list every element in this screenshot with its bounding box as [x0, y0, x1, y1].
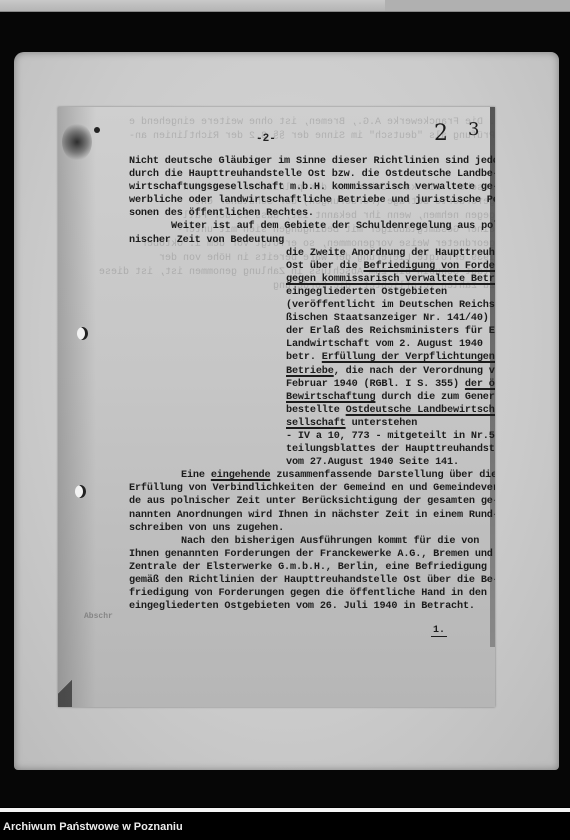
text-run: bestellte — [286, 405, 346, 416]
bleedthrough-line: Prüfung als "deutsch" im Sinne der §§ 3,… — [58, 131, 495, 142]
text-run: durch die zum Generalverwalter — [375, 392, 495, 403]
archive-footer: Archiwum Państwowe w Poznaniu — [0, 812, 570, 840]
text-run: zusammenfassende Darstellung über die — [270, 470, 495, 481]
text-line: nannten Anordnungen wird Ihnen in nächst… — [129, 509, 495, 522]
text-line: teilungsblattes der Haupttreuhandstelle … — [129, 443, 495, 456]
text-line: gegen kommissarisch verwaltete Betriebe … — [129, 273, 495, 286]
text-line: Zentrale der Elsterwerke G.m.b.H., Berli… — [129, 561, 495, 574]
text-line: de aus polnischer Zeit unter Berücksicht… — [129, 495, 495, 508]
text-line: Bewirtschaftung durch die zum Generalver… — [129, 391, 495, 404]
text-line: Eine eingehende zusammenfassende Darstel… — [129, 469, 495, 482]
text-line: vom 27.August 1940 Seite 141. — [129, 456, 495, 469]
text-line: bestellte Ostdeutsche Landbewirtschaftun… — [129, 404, 495, 417]
text-line: werbliche oder landwirtschaftliche Betri… — [129, 194, 495, 207]
folded-corner — [58, 667, 72, 707]
archive-name: Archiwum Państwowe w Poznaniu — [3, 821, 183, 833]
text-line: sonen des öffentlichen Rechtes. — [129, 207, 495, 220]
text-line: betr. Erfüllung der Verpflichtungen derj… — [129, 351, 495, 364]
text-line: Nach den bisherigen Ausführungen kommt f… — [129, 535, 495, 548]
punch-hole — [77, 327, 88, 340]
underlined-text: eingehende — [211, 470, 271, 481]
document-body: Nicht deutsche Gläubiger im Sinne dieser… — [129, 155, 495, 613]
text-run: Ost über die — [286, 261, 364, 272]
text-line: Ihnen genannten Forderungen der Franckew… — [129, 548, 495, 561]
document-page: . Die Franckewerke A.G., Bremen, ist ohn… — [58, 107, 495, 707]
punch-hole — [75, 485, 86, 498]
underlined-text: Ostdeutsche Landbewirtschaftungs ge- — [346, 405, 495, 416]
text-line: Landwirtschaft vom 2. August 1940 — [129, 338, 495, 351]
text-run: Februar 1940 (RGBl. I S. 355) — [286, 379, 465, 390]
underlined-text: Befriedigung von Forderungen — [364, 261, 495, 272]
text-line: nischer Zeit von Bedeutung — [129, 234, 495, 247]
text-line: Erfüllung von Verbindlichkeiten der Geme… — [129, 482, 495, 495]
text-line: (veröffentlicht im Deutschen Reichs- und… — [129, 299, 495, 312]
text-line: wirtschaftungsgesellschaft m.b.H. kommis… — [129, 181, 495, 194]
text-line: durch die Haupttreuhandstelle Ost bzw. d… — [129, 168, 495, 181]
text-line: gemäß den Richtlinien der Haupttreuhands… — [129, 574, 495, 587]
bleedthrough-line: . Die Franckewerke A.G., Bremen, ist ohn… — [58, 117, 495, 128]
text-line: eingegliederten Ostgebieten — [129, 286, 495, 299]
viewer-toolbar — [0, 0, 570, 12]
text-run: betr. — [286, 352, 322, 363]
handwritten-folio-alt: 3 — [468, 119, 479, 140]
text-line: friedigung von Forderungen gegen die öff… — [129, 587, 495, 600]
underlined-text: Betriebe — [286, 366, 334, 377]
text-line: die Zweite Anordnung der Haupttreuhandst… — [129, 247, 495, 260]
text-run: unterstehen — [346, 418, 418, 429]
text-line: Weiter ist auf dem Gebiete der Schuldenr… — [129, 220, 495, 233]
text-line: Nicht deutsche Gläubiger im Sinne dieser… — [129, 155, 495, 168]
text-line: Betriebe, die nach der Verordnung vom 12… — [129, 365, 495, 378]
text-line: sellschaft unterstehen — [129, 417, 495, 430]
underlined-text: Bewirtschaftung — [286, 392, 375, 403]
text-line: schreiben von uns zugehen. — [129, 522, 495, 535]
underlined-text: sellschaft — [286, 418, 346, 429]
text-line: ßischen Staatsanzeiger Nr. 141/40) und — [129, 312, 495, 325]
text-run: , die nach der Verordnung vom 12. — [334, 366, 495, 377]
text-line: eingegliederten Ostgebieten vom 26. Juli… — [129, 600, 495, 613]
text-line: - IV a 10, 773 - mitgeteilt in Nr.5 des … — [129, 430, 495, 443]
text-line: Februar 1940 (RGBl. I S. 355) der öffent… — [129, 378, 495, 391]
text-line: der Erlaß des Reichsministers für Ernähr… — [129, 325, 495, 338]
underlined-text: Erfüllung der Verpflichtungen derjenigen — [322, 352, 495, 363]
ink-stain — [62, 123, 92, 161]
toolbar-segment — [385, 0, 570, 11]
page-marker: -2- — [256, 133, 276, 145]
underlined-text: der öffentlichen — [465, 379, 495, 390]
underlined-text: gegen kommissarisch verwaltete Betriebe — [286, 274, 495, 285]
handwritten-folio: 2 — [434, 121, 448, 146]
continuation-mark: 1. — [431, 626, 447, 637]
text-run: Eine — [181, 470, 211, 481]
faint-stamp: Abschr — [84, 612, 113, 621]
text-line: Ost über die Befriedigung von Forderunge… — [129, 260, 495, 273]
